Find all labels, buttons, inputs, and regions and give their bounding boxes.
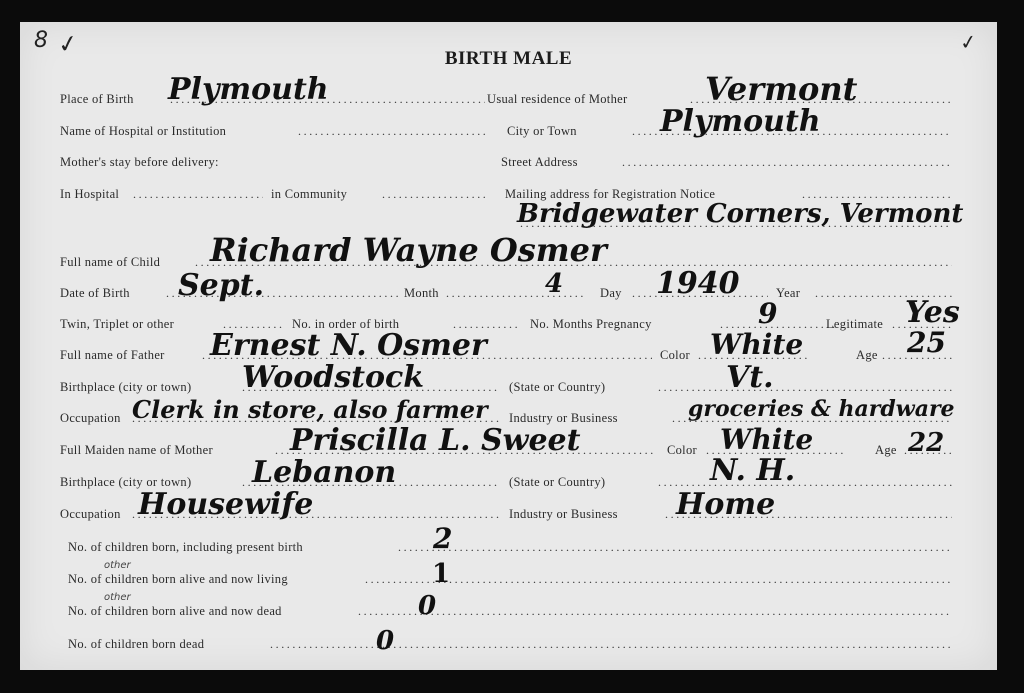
birth-day-value: 4 xyxy=(545,271,563,297)
dotted-line: ........................................… xyxy=(358,601,952,621)
mother-color-value: White xyxy=(720,426,813,454)
usual-residence-value: Vermont xyxy=(705,73,857,105)
father-age-value: 25 xyxy=(907,329,946,357)
label-month: Month xyxy=(404,283,439,303)
label-street-address: Street Address xyxy=(501,152,578,172)
row-mothers-stay: Mother's stay before delivery: Street Ad… xyxy=(20,152,997,172)
dotted-line: ...................................... xyxy=(133,184,263,204)
row-father-name: Full name of Father ....................… xyxy=(20,345,997,365)
father-color-value: White xyxy=(710,331,803,359)
row-hospital: Name of Hospital or Institution ........… xyxy=(20,121,997,141)
label-father-birthplace: Birthplace (city or town) xyxy=(60,377,191,397)
label-months-pregnancy: No. Months Pregnancy xyxy=(530,314,652,334)
city-or-town-value: Plymouth xyxy=(660,107,821,137)
label-children-born-dead: No. of children born dead xyxy=(68,634,204,654)
label-children-living: No. of children born alive and now livin… xyxy=(68,569,288,589)
label-mother-industry: Industry or Business xyxy=(509,504,618,524)
dotted-line: ........................................… xyxy=(365,569,952,589)
father-occupation-value: Clerk in store, also farmer xyxy=(132,398,488,422)
father-birthplace-value: Woodstock xyxy=(242,363,424,393)
label-in-community: in Community xyxy=(271,184,347,204)
father-name-value: Ernest N. Osmer xyxy=(210,331,487,361)
place-of-birth-value: Plymouth xyxy=(168,75,329,105)
mailing-address-value: Bridgewater Corners, Vermont xyxy=(517,201,963,227)
label-place-of-birth: Place of Birth xyxy=(60,89,134,109)
mother-state-value: N. H. xyxy=(710,456,795,486)
children-living-value: 1 xyxy=(432,561,450,587)
birth-year-value: 1940 xyxy=(656,269,740,299)
label-father-occupation: Occupation xyxy=(60,408,121,428)
row-mother-name: Full Maiden name of Mother .............… xyxy=(20,440,997,460)
row-children-born-dead: No. of children born dead ..............… xyxy=(20,634,997,654)
row-children-alive-dead: other No. of children born alive and now… xyxy=(20,601,997,621)
row-date-of-birth: Date of Birth ..........................… xyxy=(20,283,997,303)
label-day: Day xyxy=(600,283,622,303)
label-year: Year xyxy=(776,283,800,303)
label-legitimate: Legitimate xyxy=(826,314,883,334)
dotted-line: ........................................… xyxy=(270,634,952,654)
label-date-of-birth: Date of Birth xyxy=(60,283,130,303)
label-mother-name: Full Maiden name of Mother xyxy=(60,440,213,460)
row-twin-pregnancy: Twin, Triplet or other .................… xyxy=(20,314,997,334)
label-children-alive-dead: No. of children born alive and now dead xyxy=(68,601,282,621)
children-alive-dead-value: 0 xyxy=(418,593,436,619)
label-in-hospital: In Hospital xyxy=(60,184,119,204)
child-name-value: Richard Wayne Osmer xyxy=(210,234,607,266)
mother-industry-value: Home xyxy=(676,490,775,520)
label-hospital: Name of Hospital or Institution xyxy=(60,121,226,141)
birth-record-card: 8 ✓ ✓ BIRTH MALE Place of Birth ........… xyxy=(20,22,997,670)
label-father-age: Age xyxy=(856,345,878,365)
row-children-born: No. of children born, including present … xyxy=(20,537,997,557)
dotted-line: ........................................… xyxy=(622,152,952,172)
months-pregnancy-value: 9 xyxy=(758,300,777,328)
label-father-name: Full name of Father xyxy=(60,345,165,365)
children-born-dead-value: 0 xyxy=(376,628,394,654)
label-mother-occupation: Occupation xyxy=(60,504,121,524)
row-father-birthplace: Birthplace (city or town) ..............… xyxy=(20,377,997,397)
label-mothers-stay: Mother's stay before delivery: xyxy=(60,152,219,172)
label-father-color: Color xyxy=(660,345,690,365)
label-mother-color: Color xyxy=(667,440,697,460)
label-mother-age: Age xyxy=(875,440,897,460)
label-usual-residence: Usual residence of Mother xyxy=(487,89,627,109)
mother-age-value: 22 xyxy=(908,430,944,456)
row-place-of-birth: Place of Birth .........................… xyxy=(20,89,997,109)
father-industry-value: groceries & hardware xyxy=(688,398,955,420)
label-child-name: Full name of Child xyxy=(60,252,160,272)
dotted-line: .............................. xyxy=(382,184,485,204)
label-children-born: No. of children born, including present … xyxy=(68,537,303,557)
row-children-living: other No. of children born alive and now… xyxy=(20,569,997,589)
row-child-name: Full name of Child .....................… xyxy=(20,252,997,272)
dotted-line: ........................................… xyxy=(446,283,586,303)
legitimate-value: Yes xyxy=(905,298,960,328)
mother-name-value: Priscilla L. Sweet xyxy=(290,426,581,456)
label-city-or-town: City or Town xyxy=(507,121,577,141)
father-state-value: Vt. xyxy=(726,363,774,393)
row-mailing-address-value: ........................................… xyxy=(20,213,997,233)
label-father-state: (State or Country) xyxy=(509,377,605,397)
row-mother-occupation: Occupation .............................… xyxy=(20,504,997,524)
dotted-line: ........................................… xyxy=(298,121,485,141)
document-title: BIRTH MALE xyxy=(20,48,997,70)
label-twin: Twin, Triplet or other xyxy=(60,314,174,334)
children-born-value: 2 xyxy=(433,525,452,553)
birth-month-value: Sept. xyxy=(178,271,264,301)
label-mother-state: (State or Country) xyxy=(509,472,605,492)
mother-birthplace-value: Lebanon xyxy=(252,458,396,488)
dotted-line: ........................................… xyxy=(398,537,952,557)
dotted-line: ........................................… xyxy=(658,377,952,397)
mother-occupation-value: Housewife xyxy=(138,490,313,520)
